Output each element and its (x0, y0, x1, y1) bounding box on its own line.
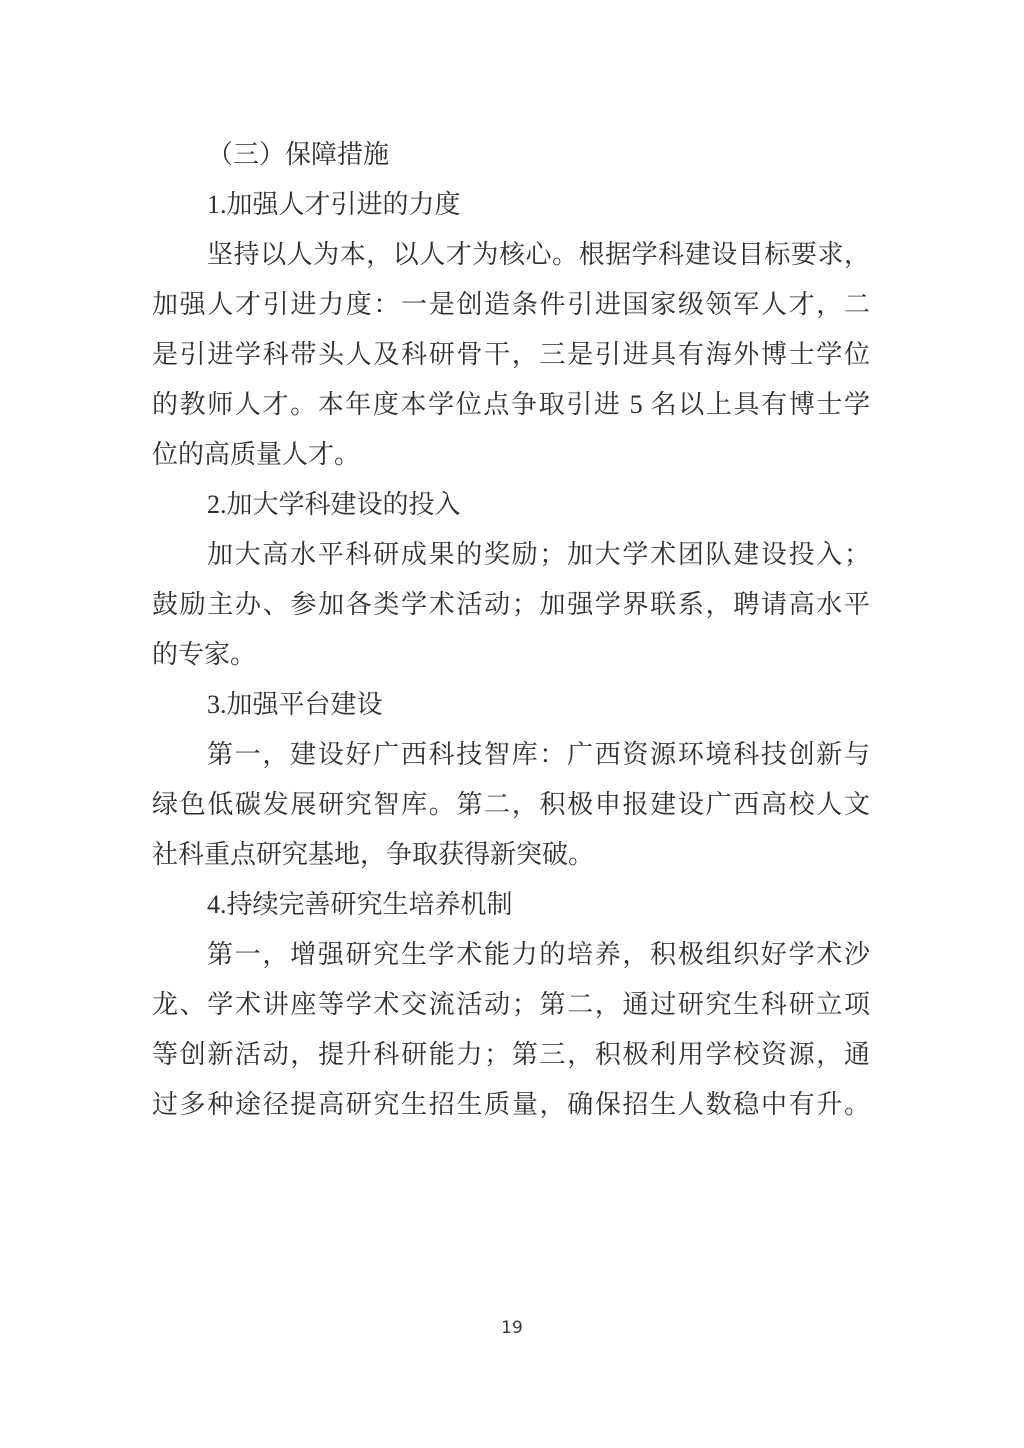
body-line: 鼓励主办、参加各类学术活动；加强学界联系，聘请高水平 (152, 580, 870, 630)
subsection-heading-3: 3.加强平台建设 (152, 680, 870, 730)
document-content: （三）保障措施 1.加强人才引进的力度 坚持以人为本，以人才为核心。根据学科建设… (152, 130, 870, 1130)
subsection-heading-4: 4.持续完善研究生培养机制 (152, 880, 870, 930)
section-heading: （三）保障措施 (152, 130, 870, 180)
body-line: 社科重点研究基地，争取获得新突破。 (152, 830, 870, 880)
body-line: 是引进学科带头人及科研骨干，三是引进具有海外博士学位 (152, 330, 870, 380)
body-line: 的教师人才。本年度本学位点争取引进 5 名以上具有博士学 (152, 380, 870, 430)
subsection-heading-2: 2.加大学科建设的投入 (152, 480, 870, 530)
body-line: 第一，增强研究生学术能力的培养，积极组织好学术沙 (152, 930, 870, 980)
body-line: 绿色低碳发展研究智库。第二，积极申报建设广西高校人文 (152, 780, 870, 830)
body-line: 加大高水平科研成果的奖励；加大学术团队建设投入； (152, 530, 870, 580)
body-line: 位的高质量人才。 (152, 430, 870, 480)
body-line: 加强人才引进力度：一是创造条件引进国家级领军人才，二 (152, 280, 870, 330)
body-line: 龙、学术讲座等学术交流活动；第二，通过研究生科研立项 (152, 980, 870, 1030)
body-line: 等创新活动，提升科研能力；第三，积极利用学校资源，通 (152, 1030, 870, 1080)
body-line: 坚持以人为本，以人才为核心。根据学科建设目标要求， (152, 230, 870, 280)
body-line: 的专家。 (152, 630, 870, 680)
body-line: 过多种途径提高研究生招生质量，确保招生人数稳中有升。 (152, 1080, 870, 1130)
subsection-heading-1: 1.加强人才引进的力度 (152, 180, 870, 230)
body-line: 第一，建设好广西科技智库：广西资源环境科技创新与 (152, 730, 870, 780)
page-number: 19 (0, 1318, 1024, 1338)
document-page: （三）保障措施 1.加强人才引进的力度 坚持以人为本，以人才为核心。根据学科建设… (0, 0, 1024, 1448)
